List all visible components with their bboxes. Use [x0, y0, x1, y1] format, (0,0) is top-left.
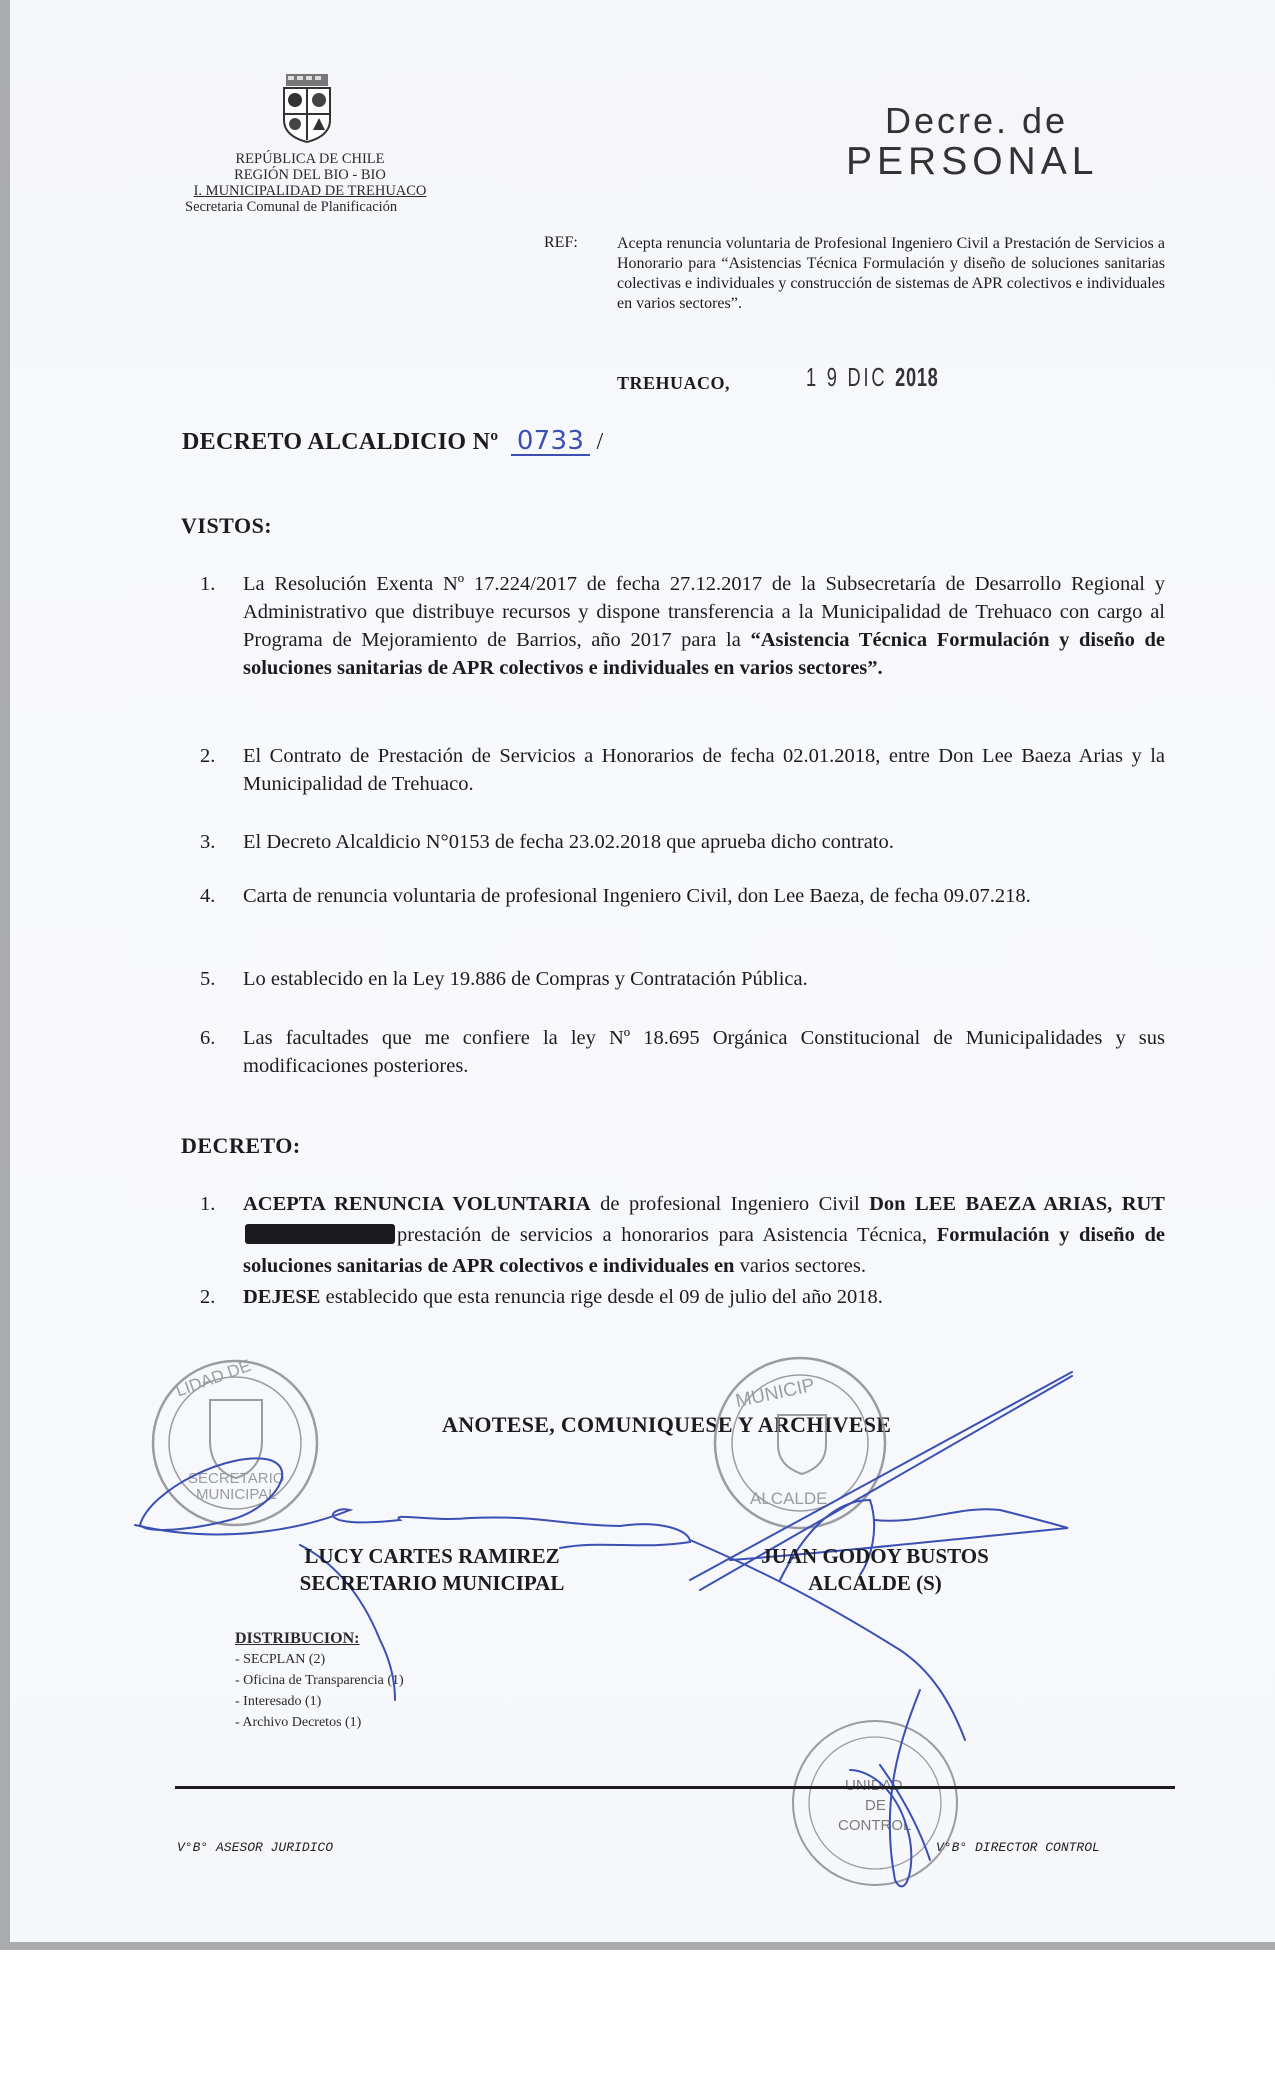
vistos-item-5: 5. Lo establecido en la Ley 19.886 de Co… [200, 965, 1165, 993]
vistos-list-4: 4. Carta de renuncia voluntaria de profe… [200, 882, 1165, 910]
vistos-item-4: 4. Carta de renuncia voluntaria de profe… [200, 882, 1165, 910]
distribution-item: - Archivo Decretos (1) [235, 1712, 404, 1733]
decree-number-handwritten: 0733 [511, 428, 590, 456]
distribution-item: - Oficina de Transparencia (1) [235, 1670, 404, 1691]
vistos-list-5: 5. Lo establecido en la Ley 19.886 de Co… [200, 965, 1165, 993]
decree-type-stamp-line1: Decre. de [885, 100, 1068, 142]
signer-role: ALCALDE (S) [695, 1570, 1055, 1597]
distribution-item: - Interesado (1) [235, 1691, 404, 1712]
date-stamp-day: 1 9 DIC [806, 362, 887, 392]
reference-label: REF: [544, 234, 578, 252]
distribution-heading: DISTRIBUCION: [235, 1628, 404, 1649]
decree-title: DECRETO ALCALDICIO Nº 0733 / [182, 428, 603, 456]
coat-of-arms-icon [278, 72, 336, 144]
approval-legal-advisor: V°B° ASESOR JURIDICO [177, 1840, 333, 1855]
signature-block-alcalde: JUAN GODOY BUSTOS ALCALDE (S) [695, 1543, 1055, 1597]
vistos-heading: VISTOS: [181, 513, 272, 539]
institution-country: REPÚBLICA DE CHILE [160, 151, 460, 167]
date-stamp: 1 9 DIC 2018 [806, 362, 938, 393]
vistos-item-3: 3. El Decreto Alcaldicio N°0153 de fecha… [200, 828, 1165, 856]
vistos-item-2: 2. El Contrato de Prestación de Servicio… [200, 742, 1165, 798]
distribution-item: - SECPLAN (2) [235, 1649, 404, 1670]
vistos-list-6: 6. Las facultades que me confiere la ley… [200, 1024, 1165, 1080]
distribution-block: DISTRIBUCION: - SECPLAN (2) - Oficina de… [235, 1628, 404, 1733]
footer-divider [175, 1786, 1175, 1789]
institution-department: Secretaria Comunal de Planificación [160, 199, 460, 215]
vistos-item-1: 1. La Resolución Exenta Nº 17.224/2017 d… [200, 570, 1165, 682]
decreto-item-2: 2. DEJESE establecido que esta renuncia … [200, 1282, 1165, 1313]
place: TREHUACO, [617, 373, 730, 394]
decree-type-stamp-line2: PERSONAL [846, 140, 1098, 184]
decree-number-suffix: / [597, 429, 604, 455]
signature-block-secretario: LUCY CARTES RAMIREZ SECRETARIO MUNICIPAL [262, 1543, 602, 1597]
vistos-item-6: 6. Las facultades que me confiere la ley… [200, 1024, 1165, 1080]
institution-municipality: I. MUNICIPALIDAD DE TREHUACO [160, 183, 460, 199]
signer-name: LUCY CARTES RAMIREZ [262, 1543, 602, 1570]
institution-block: REPÚBLICA DE CHILE REGIÓN DEL BIO - BIO … [160, 151, 460, 215]
decreto-heading: DECRETO: [181, 1133, 301, 1159]
vistos-list: 1. La Resolución Exenta Nº 17.224/2017 d… [200, 570, 1165, 682]
signer-name: JUAN GODOY BUSTOS [695, 1543, 1055, 1570]
institution-region: REGIÓN DEL BIO - BIO [160, 167, 460, 183]
approval-control-director: V°B° DIRECTOR CONTROL [936, 1840, 1100, 1855]
redacted-rut [245, 1224, 395, 1244]
reference-text: Acepta renuncia voluntaria de Profesiona… [617, 234, 1165, 314]
vistos-list-3: 3. El Decreto Alcaldicio N°0153 de fecha… [200, 828, 1165, 856]
decreto-item-1: 1. ACEPTA RENUNCIA VOLUNTARIA de profesi… [200, 1189, 1165, 1282]
signer-role: SECRETARIO MUNICIPAL [262, 1570, 602, 1597]
decreto-list: 1. ACEPTA RENUNCIA VOLUNTARIA de profesi… [200, 1189, 1165, 1313]
date-stamp-year: 2018 [895, 362, 938, 392]
decree-title-label: DECRETO ALCALDICIO Nº [182, 429, 499, 455]
closing-formula: ANOTESE, COMUNIQUESE Y ARCHIVESE [442, 1412, 891, 1438]
vistos-list-2: 2. El Contrato de Prestación de Servicio… [200, 742, 1165, 798]
